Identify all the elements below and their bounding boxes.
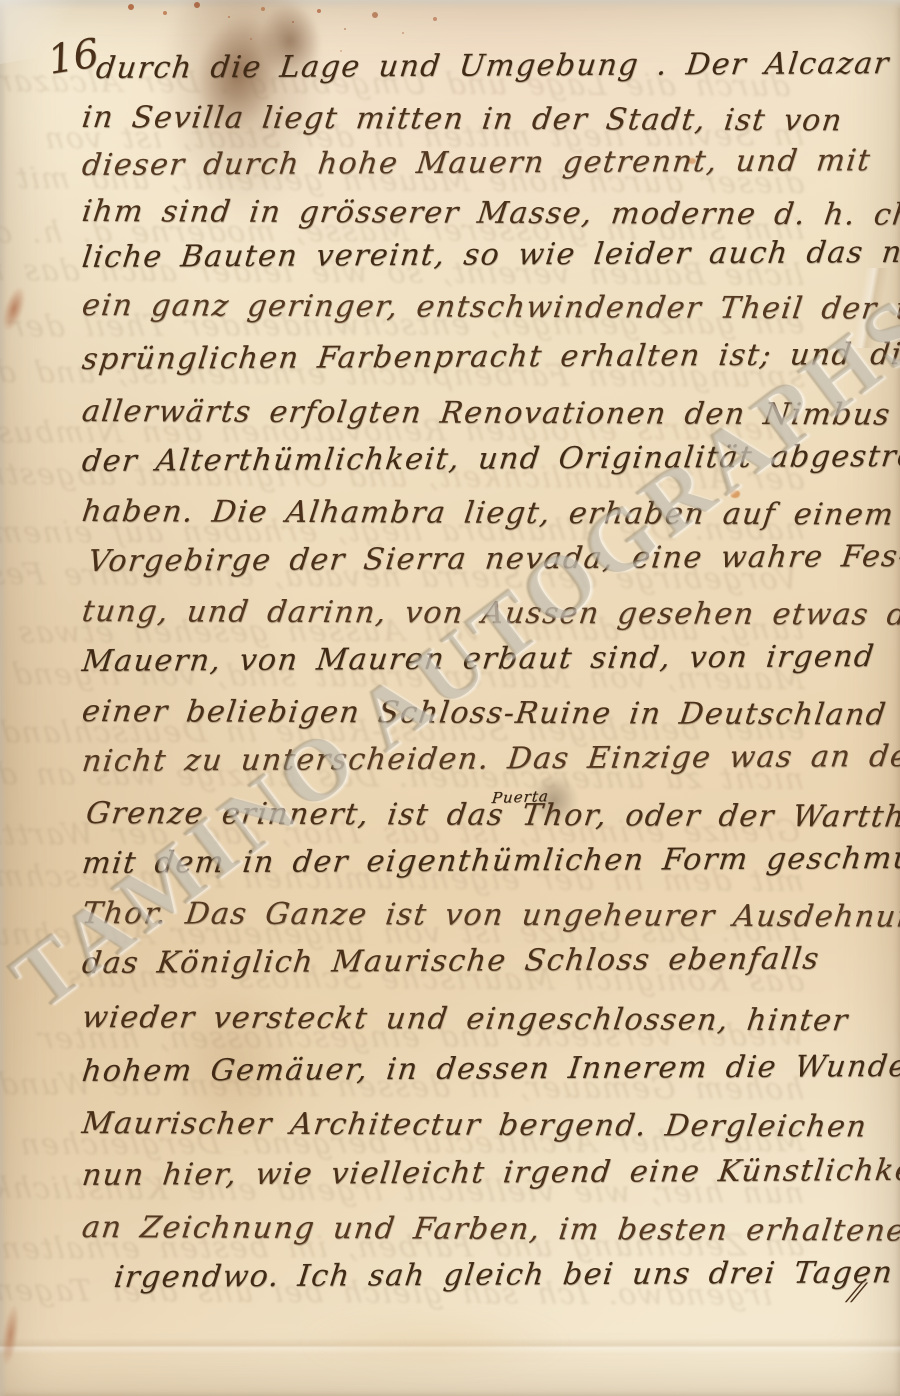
manuscript-photo: durch die Lage und Umgebung . Der Alcaza… xyxy=(0,0,900,1396)
handwriting-line: irgendwo. Ich sah gleich bei uns drei Ta… xyxy=(111,1248,900,1305)
handwriting-line: durch die Lage und Umgebung . Der Alcaza… xyxy=(93,39,900,96)
handwriting-line: liche Bauten vereint, so wie leider auch… xyxy=(79,228,896,285)
handwriting-line: hohem Gemäuer, in dessen Innerem die Wun… xyxy=(79,1042,896,1099)
page-number: 16 xyxy=(45,30,102,83)
handwriting-line: nun hier, wie vielleicht irgend eine Kün… xyxy=(79,1146,896,1203)
handwriting-line: das Königlich Maurische Schloss ebenfall… xyxy=(79,934,896,991)
interline-insertion: Puerta xyxy=(491,787,550,807)
handwriting-line: wieder versteckt und eingeschlossen, hin… xyxy=(79,993,895,1049)
handwriting-line: dieser durch hohe Mauern getrennt, und m… xyxy=(79,136,896,193)
handwriting-line: ein ganz geringer, entschwindender Theil… xyxy=(79,281,895,337)
